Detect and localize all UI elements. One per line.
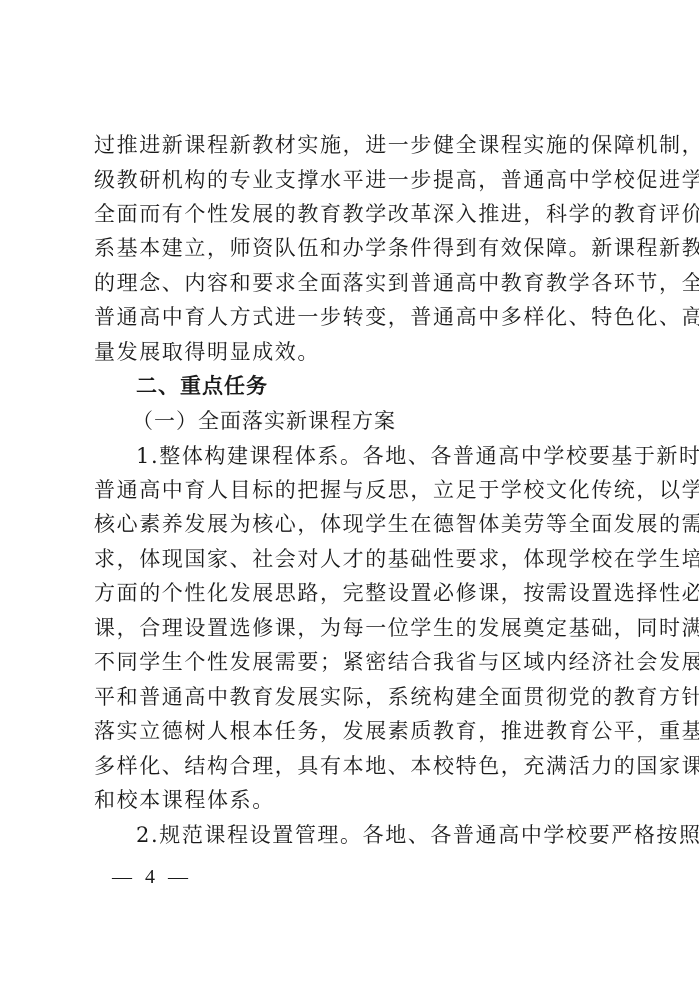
item1-line: 普通高中育人目标的把握与反思，立足于学校文化传统，以学生 [94, 473, 614, 507]
subsection-heading: （一）全面落实新课程方案 [132, 404, 396, 438]
item1-line: 落实立德树人根本任务，发展素质教育，推进教育公平，重基础、 [94, 714, 614, 748]
item1-line: 平和普通高中教育发展实际，系统构建全面贯彻党的教育方针， [94, 680, 614, 714]
item1-line: 多样化、结构合理，具有本地、本校特色，充满活力的国家课程 [94, 749, 614, 783]
item1-line: 求，体现国家、社会对人才的基础性要求，体现学校在学生培养 [94, 542, 614, 576]
paragraph-line: 普通高中育人方式进一步转变，普通高中多样化、特色化、高质 [94, 300, 614, 334]
paragraph-line: 级教研机构的专业支撑水平进一步提高，普通高中学校促进学生 [94, 163, 614, 197]
item1-line: 不同学生个性发展需要；紧密结合我省与区域内经济社会发展水 [94, 645, 614, 679]
paragraph-line: 量发展取得明显成效。 [94, 335, 614, 369]
item1-line: 1.整体构建课程体系。各地、各普通高中学校要基于新时代 [136, 439, 614, 473]
paragraph-line: 的理念、内容和要求全面落实到普通高中教育教学各环节，全省 [94, 266, 614, 300]
paragraph-line: 系基本建立，师资队伍和办学条件得到有效保障。新课程新教材 [94, 231, 614, 265]
item1-line: 和校本课程体系。 [94, 783, 614, 817]
item1-line: 方面的个性化发展思路，完整设置必修课，按需设置选择性必修 [94, 576, 614, 610]
paragraph-line: 过推进新课程新教材实施，进一步健全课程实施的保障机制，各 [94, 128, 614, 162]
paragraph-line: 全面而有个性发展的教育教学改革深入推进，科学的教育评价体 [94, 197, 614, 231]
item2-line: 2.规范课程设置管理。各地、各普通高中学校要严格按照教 [136, 818, 614, 852]
item1-line: 核心素养发展为核心，体现学生在德智体美劳等全面发展的需 [94, 507, 614, 541]
page-number: — 4 — [112, 866, 192, 889]
section-heading: 二、重点任务 [136, 369, 268, 403]
item1-line: 课，合理设置选修课，为每一位学生的发展奠定基础，同时满足 [94, 611, 614, 645]
document-page: 过推进新课程新教材实施，进一步健全课程实施的保障机制，各 级教研机构的专业支撑水… [0, 0, 699, 988]
